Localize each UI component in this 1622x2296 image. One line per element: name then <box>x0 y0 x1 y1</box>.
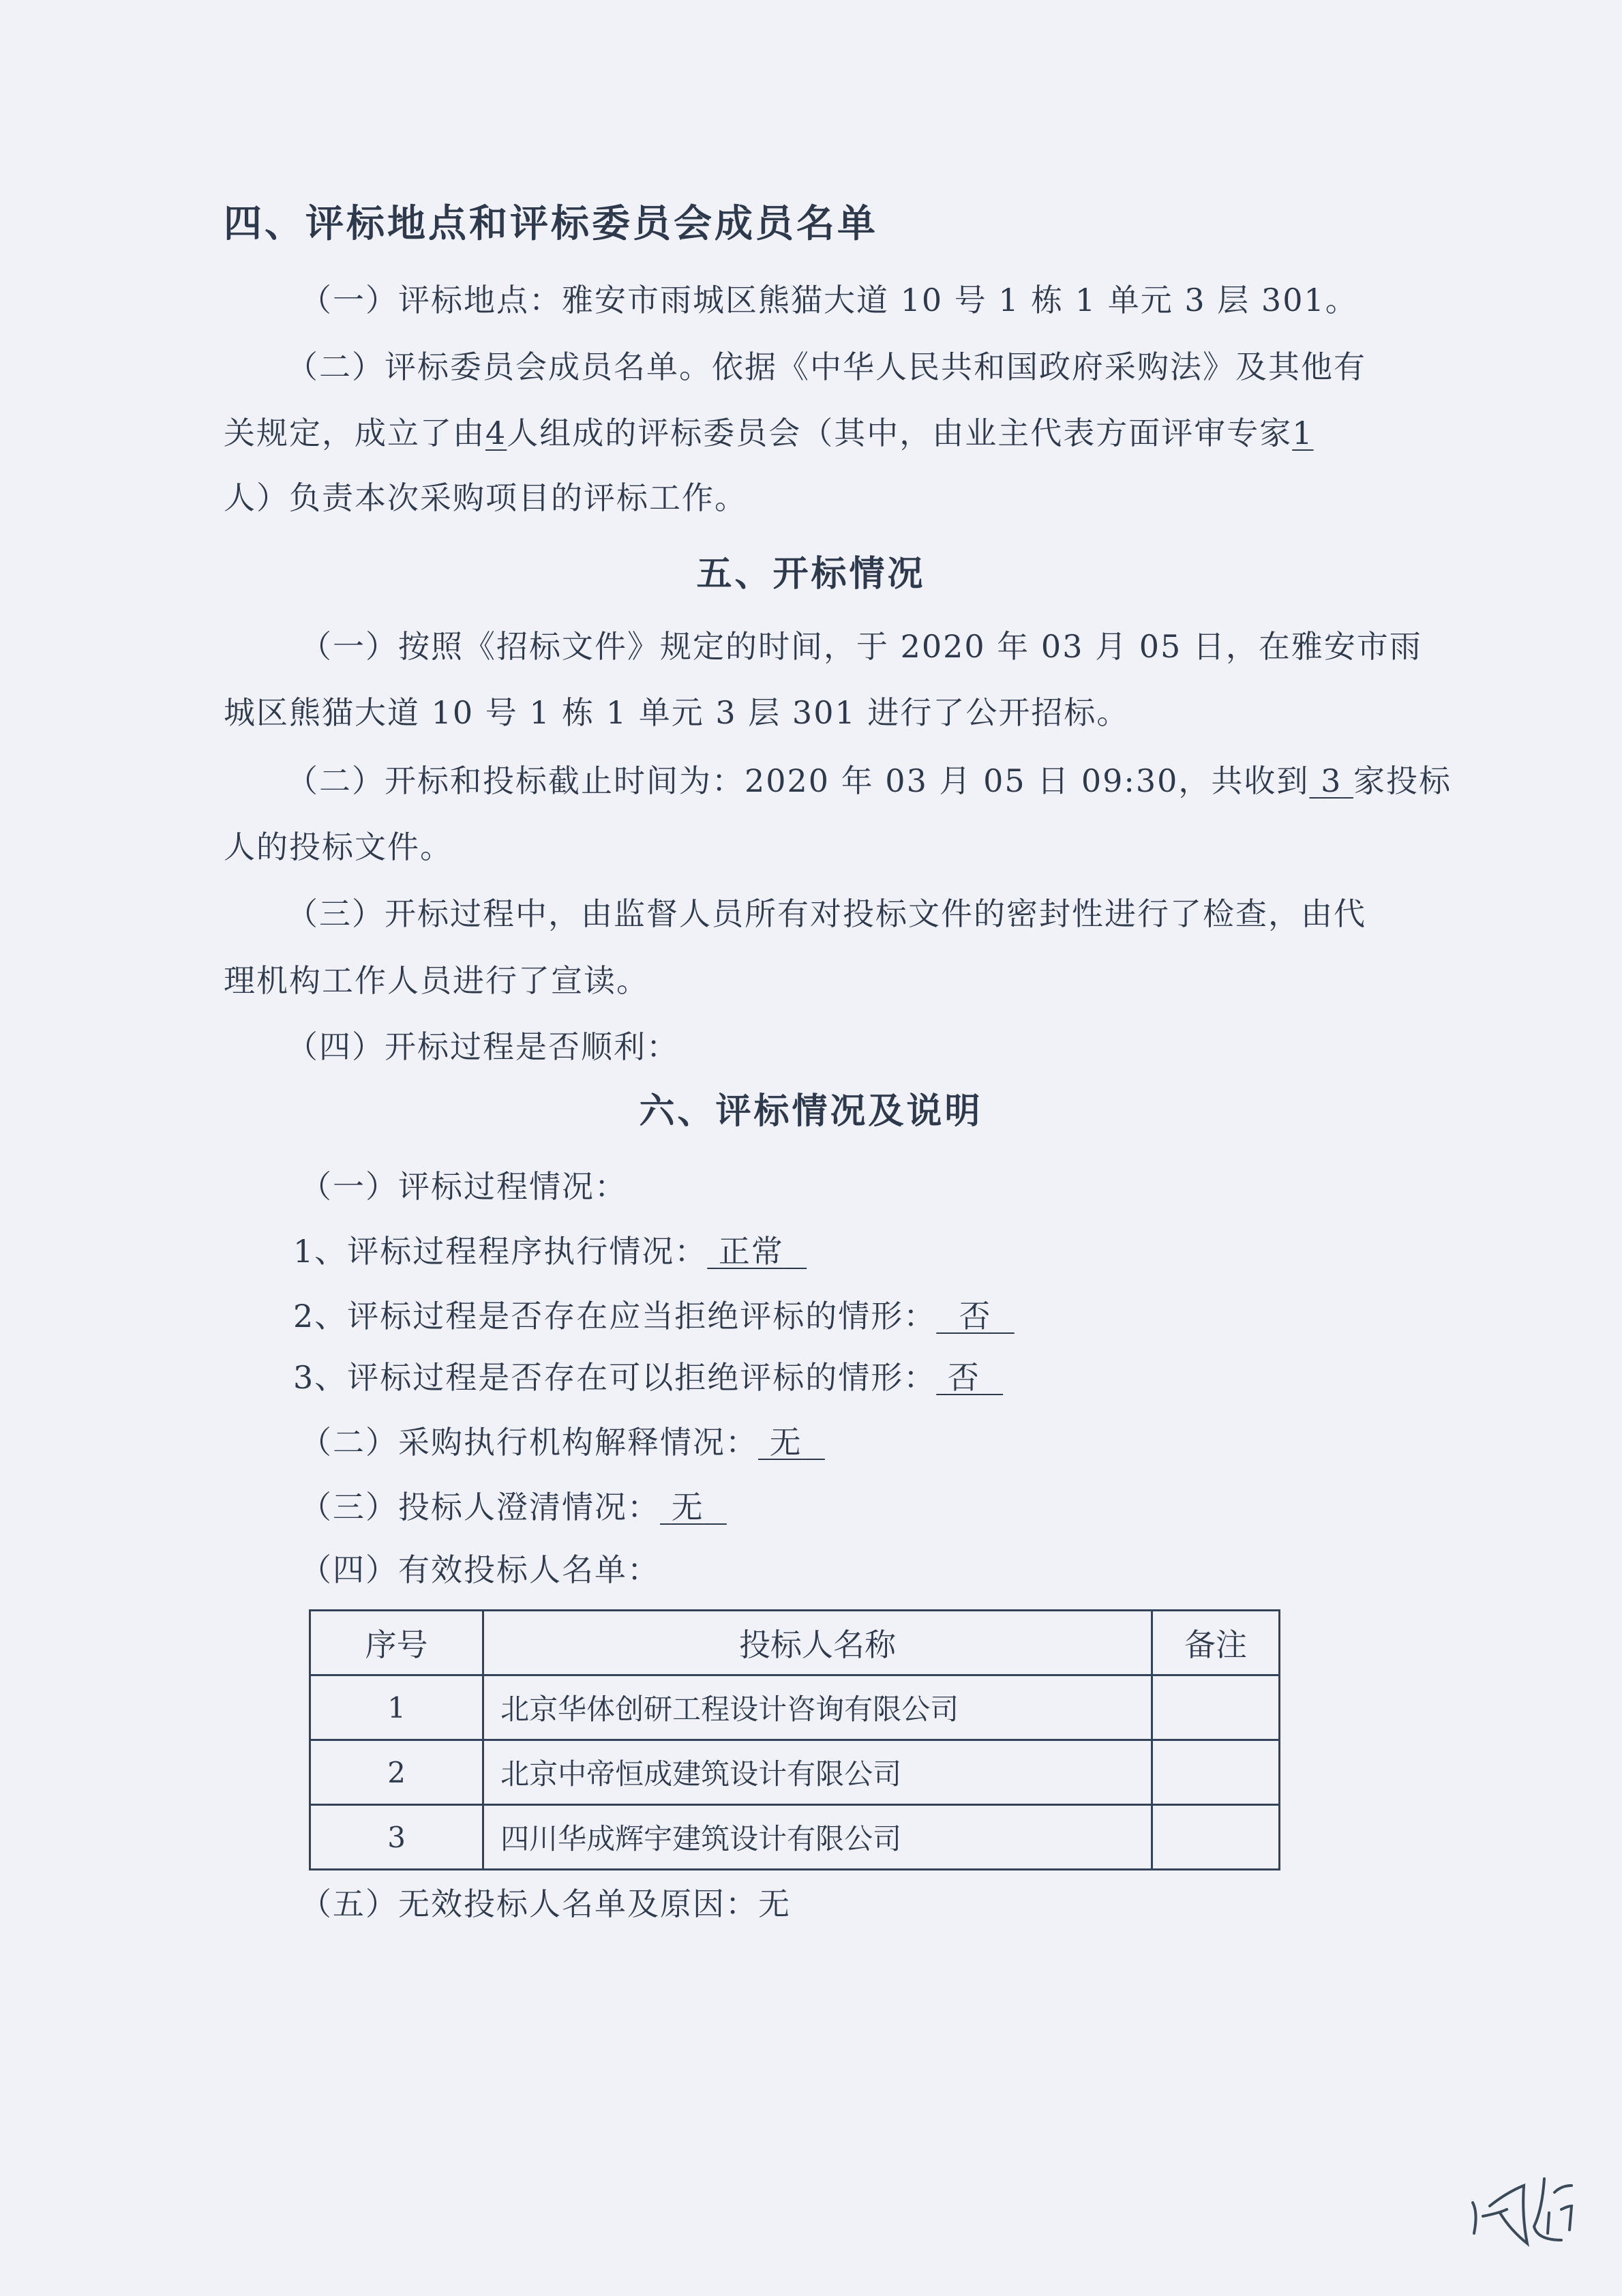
row-no: 1 <box>310 1675 483 1740</box>
sub-2-value-text: 无 <box>770 1424 802 1461</box>
table-row: 1 北京华体创研工程设计咨询有限公司 <box>310 1675 1280 1740</box>
row-remark <box>1152 1740 1279 1805</box>
section-5-p2-line-1: （二）开标和投标截止时间为：2020 年 03 月 05 日 09:30，共收到… <box>286 760 1452 801</box>
section-6-sub-4: （四）有效投标人名单： <box>300 1549 660 1590</box>
section-5-p3-line-1: （三）开标过程中，由监督人员所有对投标文件的密封性进行了检查，由代 <box>286 893 1366 934</box>
section-4-committee-line-3: 人）负责本次采购项目的评标工作。 <box>224 477 747 518</box>
committee-text-b: 人组成的评标委员会（其中，由业主代表方面评审专家 <box>507 415 1292 451</box>
item-2-value: 否 <box>936 1298 1015 1335</box>
item-3-value-text: 否 <box>948 1359 980 1396</box>
section-5-p2-line-2: 人的投标文件。 <box>224 826 453 867</box>
item-2-value-text: 否 <box>959 1298 992 1335</box>
bids-received-value: 3 <box>1321 762 1342 799</box>
sub-2-value: 无 <box>758 1424 825 1461</box>
deadline-text-b: 家投标 <box>1353 762 1452 799</box>
section-6-heading: 六、评标情况及说明 <box>0 1091 1622 1132</box>
committee-text-a: 关规定，成立了由 <box>224 415 485 451</box>
bids-received-count: 3 <box>1309 762 1353 799</box>
header-no: 序号 <box>310 1611 483 1675</box>
section-5-p3-line-2: 理机构工作人员进行了宣读。 <box>224 960 649 1001</box>
section-4-venue: （一）评标地点：雅安市雨城区熊猫大道 10 号 1 栋 1 单元 3 层 301… <box>300 280 1358 320</box>
section-6-item-2: 2、评标过程是否存在应当拒绝评标的情形： 否 <box>293 1296 1015 1337</box>
row-remark <box>1152 1675 1279 1740</box>
header-bidder-name: 投标人名称 <box>483 1611 1152 1675</box>
section-6-sub-2: （二）采购执行机构解释情况： 无 <box>300 1422 825 1463</box>
section-6-sub-3: （三）投标人澄清情况： 无 <box>300 1487 727 1527</box>
section-5-p4: （四）开标过程是否顺利： <box>286 1026 679 1067</box>
table-header-row: 序号 投标人名称 备注 <box>310 1611 1280 1675</box>
section-6-item-3: 3、评标过程是否存在可以拒绝评标的情形： 否 <box>293 1357 1003 1398</box>
sub-2-label: （二）采购执行机构解释情况： <box>300 1424 758 1461</box>
owner-expert-count: 1 <box>1292 415 1313 451</box>
row-bidder-name: 北京中帝恒成建筑设计有限公司 <box>483 1740 1152 1805</box>
item-1-value: 正常 <box>707 1233 807 1270</box>
sub-3-value-text: 无 <box>672 1489 704 1525</box>
item-1-label: 1、评标过程程序执行情况： <box>293 1233 707 1270</box>
deadline-text-a: （二）开标和投标截止时间为：2020 年 03 月 05 日 09:30，共收到 <box>286 762 1309 799</box>
row-remark <box>1152 1805 1279 1870</box>
table-row: 2 北京中帝恒成建筑设计有限公司 <box>310 1740 1280 1805</box>
item-3-label: 3、评标过程是否存在可以拒绝评标的情形： <box>293 1359 936 1396</box>
table-row: 3 四川华成辉宇建筑设计有限公司 <box>310 1805 1280 1870</box>
row-bidder-name: 四川华成辉宇建筑设计有限公司 <box>483 1805 1152 1870</box>
item-1-value-text: 正常 <box>719 1233 784 1270</box>
committee-member-count: 4 <box>485 415 507 451</box>
header-remark: 备注 <box>1152 1611 1279 1675</box>
row-no: 2 <box>310 1740 483 1805</box>
item-3-value: 否 <box>936 1359 1003 1396</box>
section-6-item-1: 1、评标过程程序执行情况： 正常 <box>293 1231 807 1272</box>
sub-3-label: （三）投标人澄清情况： <box>300 1489 660 1525</box>
document-page: 四、评标地点和评标委员会成员名单 （一）评标地点：雅安市雨城区熊猫大道 10 号… <box>0 0 1622 2296</box>
section-4-committee-line-1: （二）评标委员会成员名单。依据《中华人民共和国政府采购法》及其他有 <box>286 346 1366 387</box>
section-5-p1-line-2: 城区熊猫大道 10 号 1 栋 1 单元 3 层 301 进行了公开招标。 <box>224 692 1129 733</box>
row-bidder-name: 北京华体创研工程设计咨询有限公司 <box>483 1675 1152 1740</box>
row-no: 3 <box>310 1805 483 1870</box>
item-2-label: 2、评标过程是否存在应当拒绝评标的情形： <box>293 1298 936 1335</box>
section-5-heading: 五、开标情况 <box>0 554 1622 595</box>
section-6-sub-5: （五）无效投标人名单及原因：无 <box>300 1883 791 1924</box>
section-4-heading: 四、评标地点和评标委员会成员名单 <box>224 203 878 244</box>
valid-bidders-table: 序号 投标人名称 备注 1 北京华体创研工程设计咨询有限公司 2 北京中帝恒成建… <box>309 1609 1280 1870</box>
section-4-committee-line-2: 关规定，成立了由4人组成的评标委员会（其中，由业主代表方面评审专家1 <box>224 413 1314 453</box>
section-5-p1-line-1: （一）按照《招标文件》规定的时间，于 2020 年 03 月 05 日，在雅安市… <box>300 626 1422 667</box>
section-6-sub-1: （一）评标过程情况： <box>300 1166 627 1207</box>
sub-3-value: 无 <box>660 1489 727 1525</box>
handwritten-signature-icon <box>1459 2175 1582 2257</box>
